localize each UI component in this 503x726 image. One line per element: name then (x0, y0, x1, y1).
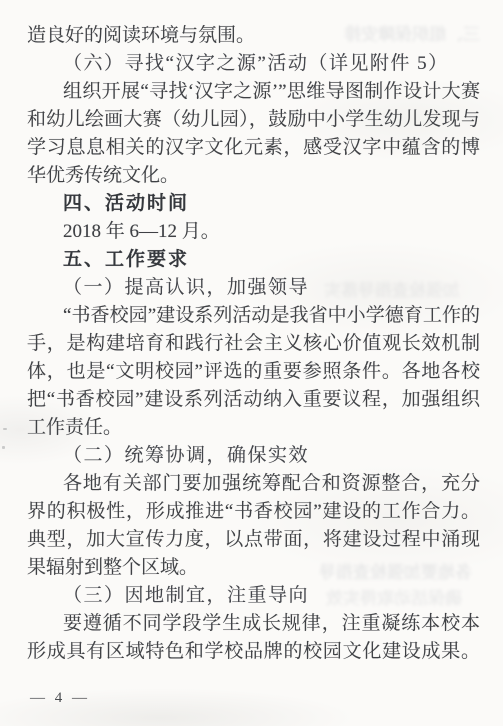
body-text: 造良好的阅读环境与氛围。 （六）寻找“汉字之源”活动（详见附件 5） 组织开展“… (27, 22, 480, 666)
page-number: — 4 — (30, 690, 90, 707)
subsection-heading: （二）统筹协调，确保实效 (27, 442, 480, 470)
section-heading-activity-time: 四、活动时间 (27, 190, 480, 218)
text-line: 果辐射到整个区域。 (27, 554, 480, 582)
scanned-document-page: 三、组织保障安排 加强检查指导落实 各地要加强检查指导 确保活动取得实效 造良好… (0, 0, 503, 726)
scan-artifact (3, 428, 7, 430)
text-line: 形成具有区域特色和学校品牌的校园文化建设成果。继承和弘扬 (27, 638, 480, 666)
text-line: 和幼儿绘画大赛（幼儿园），鼓励中小学生幼儿发现与日常生活、 (27, 106, 480, 134)
text-line: 手，是构建培育和践行社会主义核心价值观长效机制的有益载 (27, 330, 480, 358)
scan-artifact (2, 446, 5, 449)
text-line: “书香校园”建设系列活动是我省中小学德育工作的重要抓 (27, 302, 480, 330)
subsection-heading: （六）寻找“汉字之源”活动（详见附件 5） (27, 50, 480, 78)
text-line: 典型，加大宣传力度，以点带面，将建设过程中涌现出的优秀成 (27, 526, 480, 554)
subsection-heading: （三）因地制宜，注重导向 (27, 582, 480, 610)
text-line: 工作责任。 (27, 414, 480, 442)
text-line: 界的积极性，形成推进“书香校园”建设的工作合力。要注重树立 (27, 498, 480, 526)
text-line: 组织开展“寻找‘汉字之源’”思维导图制作设计大赛（中小学） (27, 78, 480, 106)
text-line: 体，也是“文明校园”评选的重要参照条件。各地各校要高度重视， (27, 358, 480, 386)
text-line: 各地有关部门要加强统筹配合和资源整合，充分调动社会各 (27, 470, 480, 498)
subsection-heading: （一）提高认识，加强领导 (27, 274, 480, 302)
text-line: 造良好的阅读环境与氛围。 (27, 22, 480, 50)
section-heading-work-requirements: 五、工作要求 (27, 246, 480, 274)
text-line: 学习息息相关的汉字文化元素，感受汉字中蕴含的博大精深的中 (27, 134, 480, 162)
text-line: 要遵循不同学段学生成长规律，注重凝练本校本区域特色， (27, 610, 480, 638)
text-line: 把“书香校园”建设系列活动纳入重要议程，加强组织领导，压实 (27, 386, 480, 414)
text-line: 华优秀传统文化。 (27, 162, 480, 190)
text-line-date: 2018 年 6—12 月。 (27, 218, 480, 246)
